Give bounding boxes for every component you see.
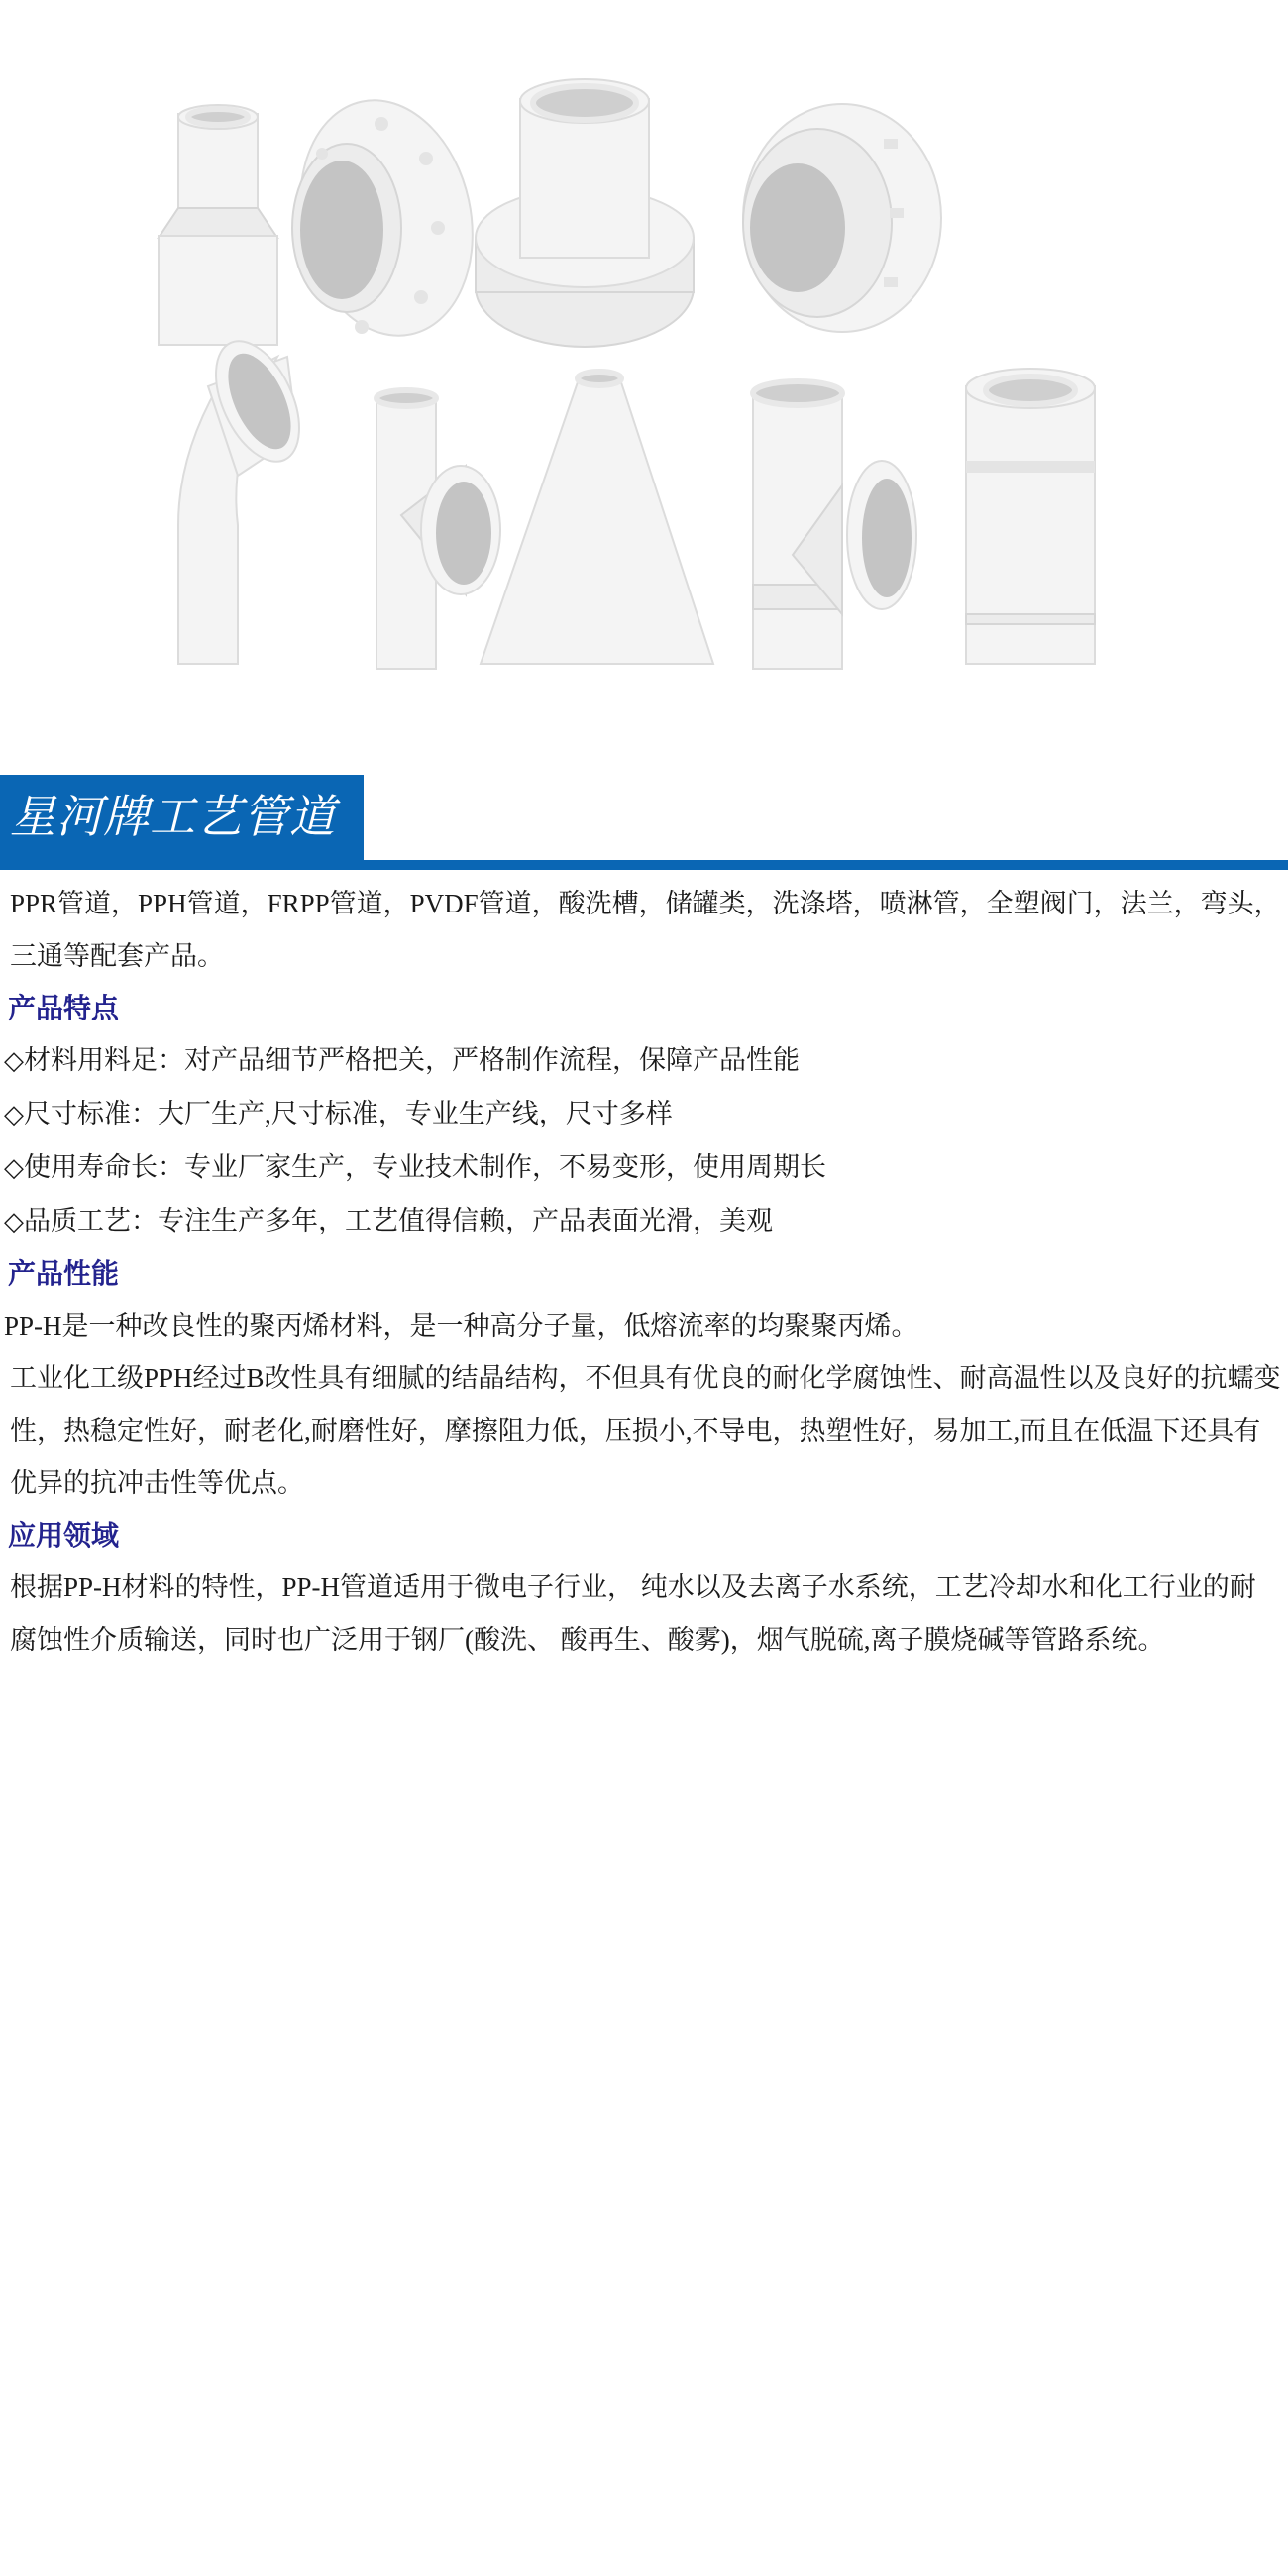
performance-text: 工业化工级PPH经过B改性具有细腻的结晶结构，不但具有优良的耐化学腐蚀性、耐高温… — [4, 1352, 1282, 1510]
features-heading: 产品特点 — [4, 983, 1282, 1034]
tee-fitting-2 — [753, 381, 916, 669]
feature-item: ◇品质工艺：专注生产多年，工艺值得信赖，产品表面光滑，美观 — [4, 1195, 1282, 1248]
coupling-fitting — [966, 369, 1095, 664]
diamond-bullet-icon: ◇ — [4, 1046, 24, 1076]
stub-end-fitting — [476, 79, 694, 347]
feature-item: ◇使用寿命长：专业厂家生产，专业技术制作，不易变形，使用周期长 — [4, 1141, 1282, 1195]
diamond-bullet-icon: ◇ — [4, 1153, 24, 1183]
applications-text: 根据PP-H材料的特性，PP-H管道适用于微电子行业， 纯水以及去离子水系统，工… — [4, 1561, 1282, 1666]
diamond-bullet-icon: ◇ — [4, 1207, 24, 1236]
diamond-bullet-icon: ◇ — [4, 1100, 24, 1129]
performance-text: PP-H是一种改良性的聚丙烯材料，是一种高分子量，低熔流率的均聚聚丙烯。 — [4, 1300, 1282, 1352]
feature-item: ◇尺寸标准：大厂生产,尺寸标准，专业生产线，尺寸多样 — [4, 1088, 1282, 1141]
cone-reducer-fitting — [481, 372, 713, 664]
union-fitting — [743, 104, 941, 332]
intro-text: PPR管道，PPH管道，FRPP管道，PVDF管道，酸洗槽，储罐类，洗涤塔，喷淋… — [4, 878, 1282, 983]
reducer-fitting — [159, 105, 277, 345]
product-description: PPR管道，PPH管道，FRPP管道，PVDF管道，酸洗槽，储罐类，洗涤塔，喷淋… — [4, 878, 1282, 1666]
product-photo — [149, 59, 1139, 674]
feature-item: ◇材料用料足：对产品细节严格把关，严格制作流程，保障产品性能 — [4, 1034, 1282, 1088]
elbow-45-fitting — [178, 328, 316, 664]
title-divider — [0, 860, 1288, 870]
flange-fitting — [279, 84, 493, 352]
performance-heading: 产品性能 — [4, 1248, 1282, 1300]
pipe-fittings-illustration — [149, 59, 1139, 674]
tee-fitting — [376, 390, 500, 669]
applications-heading: 应用领域 — [4, 1510, 1282, 1561]
page-title: 星河牌工艺管道 — [10, 781, 336, 852]
